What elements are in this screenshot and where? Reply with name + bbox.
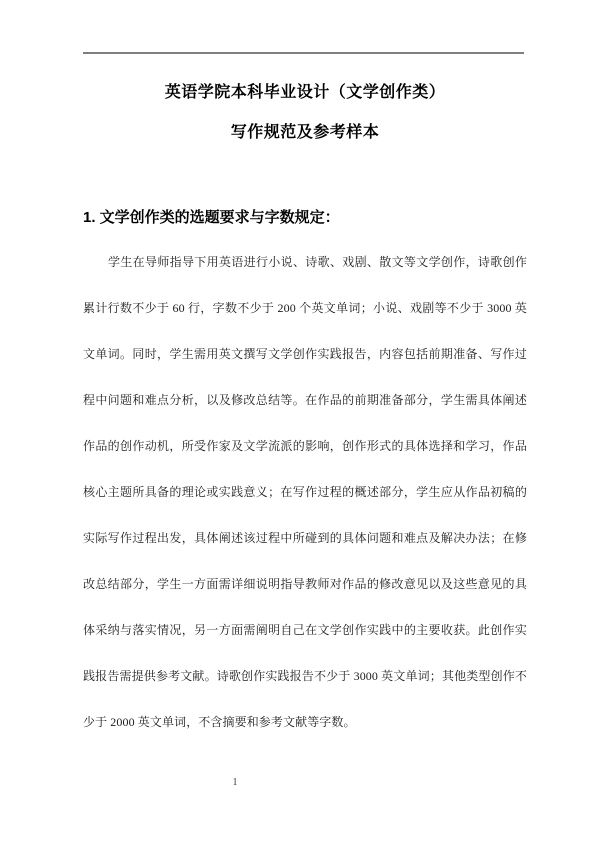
doc-title-line1: 英语学院本科毕业设计（文学创作类） xyxy=(83,83,527,103)
paragraph-block: 学生在导师指导下用英语进行小说、诗歌、戏剧、散文等文学创作，诗歌创作 累计行数不… xyxy=(83,239,527,745)
paragraph-line: 作品的创作动机，所受作家及文学流派的影响，创作形式的具体选择和学习，作品 xyxy=(83,423,527,469)
header-rule xyxy=(83,52,524,54)
section-heading: 1. 文学创作类的选题要求与字数规定： xyxy=(83,208,543,227)
paragraph-line: 文单词。同时，学生需用英文撰写文学创作实践报告，内容包括前期准备、写作过 xyxy=(83,331,527,377)
paragraph-line: 体采纳与落实情况，另一方面需阐明自己在文学创作实践中的主要收获。此创作实 xyxy=(83,607,527,653)
page-number: 1 xyxy=(229,777,241,789)
document-page: 英语学院本科毕业设计（文学创作类） 写作规范及参考样本 1. 文学创作类的选题要… xyxy=(0,0,595,842)
paragraph-line: 少于 2000 英文单词，不含摘要和参考文献等字数。 xyxy=(83,699,527,745)
paragraph-line: 累计行数不少于 60 行，字数不少于 200 个英文单词；小说、戏剧等不少于 3… xyxy=(83,285,527,331)
paragraph-line: 改总结部分，学生一方面需详细说明指导教师对作品的修改意见以及这些意见的具 xyxy=(83,561,527,607)
paragraph-line: 核心主题所具备的理论或实践意义；在写作过程的概述部分，学生应从作品初稿的 xyxy=(83,469,527,515)
paragraph-line: 程中问题和难点分析，以及修改总结等。在作品的前期准备部分，学生需具体阐述 xyxy=(83,377,527,423)
paragraph-line: 学生在导师指导下用英语进行小说、诗歌、戏剧、散文等文学创作，诗歌创作 xyxy=(83,239,527,285)
paragraph-line: 践报告需提供参考文献。诗歌创作实践报告不少于 3000 英文单词；其他类型创作不 xyxy=(83,653,527,699)
doc-title-line2: 写作规范及参考样本 xyxy=(83,123,527,143)
paragraph-line: 实际写作过程出发，具体阐述该过程中所碰到的具体问题和难点及解决办法；在修 xyxy=(83,515,527,561)
